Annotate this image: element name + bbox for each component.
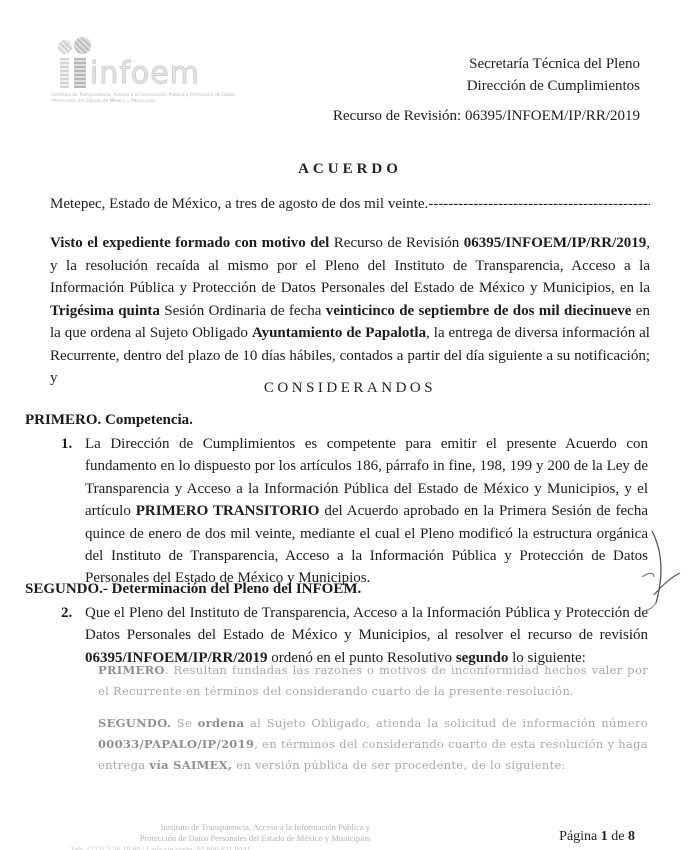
recurso-number-inline: 06395/INFOEM/IP/RR/2019 xyxy=(464,235,647,251)
text: . Resultan fundadas las razones o motivo… xyxy=(98,663,648,698)
item-number: 1. xyxy=(61,433,72,455)
logo-bar-icon xyxy=(74,58,86,88)
recurso-label: Recurso de Revisión: xyxy=(333,108,461,124)
recurso-number: 06395/INFOEM/IP/RR/2019 xyxy=(465,108,640,124)
solicitud-number: 00033/PAPALO/IP/2019 xyxy=(98,737,254,751)
acuerdo-title: ACUERDO xyxy=(0,161,700,178)
date-fill-dashes: ----------------------------------------… xyxy=(428,196,650,212)
visto-lead: Visto el expediente formado con motivo d… xyxy=(50,235,329,251)
text: Se xyxy=(171,716,198,730)
recurso-reference: Recurso de Revisión: 06395/INFOEM/IP/RR/… xyxy=(333,108,640,125)
text: Recurso de Revisión xyxy=(329,235,463,251)
quote-primero-label: PRIMERO xyxy=(98,663,165,677)
logo-wordmark: infoem xyxy=(90,58,200,90)
primero-heading: PRIMERO. Competencia. xyxy=(25,412,193,429)
primero-transitorio: PRIMERO TRANSITORIO xyxy=(136,503,320,519)
logo-subtitle: Instituto de Transparencia, Acceso a la … xyxy=(52,93,242,105)
logo-dot-icon xyxy=(58,40,72,54)
acuerdo-date-line: Metepec, Estado de México, a tres de ago… xyxy=(50,196,650,213)
handwritten-signature-icon xyxy=(640,525,690,615)
footer-institute: Instituto de Transparencia, Acceso a la … xyxy=(90,822,370,844)
primero-item: 1.La Dirección de Cumplimientos es compe… xyxy=(85,433,648,590)
visto-paragraph: Visto el expediente formado con motivo d… xyxy=(50,232,650,390)
text: en versión pública de ser procedente, de… xyxy=(232,758,565,772)
quote-segundo-label: SEGUNDO. xyxy=(98,716,171,730)
header-line-direccion: Dirección de Cumplimientos xyxy=(467,75,640,97)
logo-dot-icon xyxy=(74,37,91,54)
item-number: 2. xyxy=(61,602,72,624)
text: Que el Pleno del Instituto de Transparen… xyxy=(85,605,648,643)
footer-phone: Tels. (722) 2 26 19 80 | Lada sin costo:… xyxy=(70,845,251,850)
footer-institute-line: Protección de Datos Personales del Estad… xyxy=(90,833,370,844)
text: ordena xyxy=(198,716,245,730)
quote-primero: PRIMERO. Resultan fundadas las razones o… xyxy=(98,660,648,702)
text: Sesión Ordinaria de fecha xyxy=(160,303,326,319)
acuerdo-date: Metepec, Estado de México, a tres de ago… xyxy=(50,196,428,212)
quote-segundo: SEGUNDO. Se ordena al Sujeto Obligado, a… xyxy=(98,713,648,776)
considerandos-title: CONSIDERANDOS xyxy=(0,380,700,397)
segundo-heading: SEGUNDO.- Determinación del Pleno del IN… xyxy=(25,581,361,598)
page-label: Página xyxy=(559,829,597,844)
page-number: Página 1 de 8 xyxy=(559,829,635,845)
footer-institute-line: Instituto de Transparencia, Acceso a la … xyxy=(90,822,370,833)
header-line-secretaria: Secretaría Técnica del Pleno xyxy=(467,53,640,75)
header-department: Secretaría Técnica del Pleno Dirección d… xyxy=(467,53,640,97)
sujeto-obligado: Ayuntamiento de Papalotla xyxy=(252,325,426,341)
text: al Sujeto Obligado, atienda la solicitud… xyxy=(244,716,648,730)
page-total: 8 xyxy=(628,829,635,844)
page-of: de xyxy=(611,829,624,844)
via-saimex: vía SAIMEX, xyxy=(149,758,232,772)
sesion-date: veinticinco de septiembre de dos mil die… xyxy=(326,303,632,319)
sesion-number: Trigésima quinta xyxy=(50,303,160,319)
page-current: 1 xyxy=(601,829,608,844)
logo-bar-icon xyxy=(60,58,69,88)
